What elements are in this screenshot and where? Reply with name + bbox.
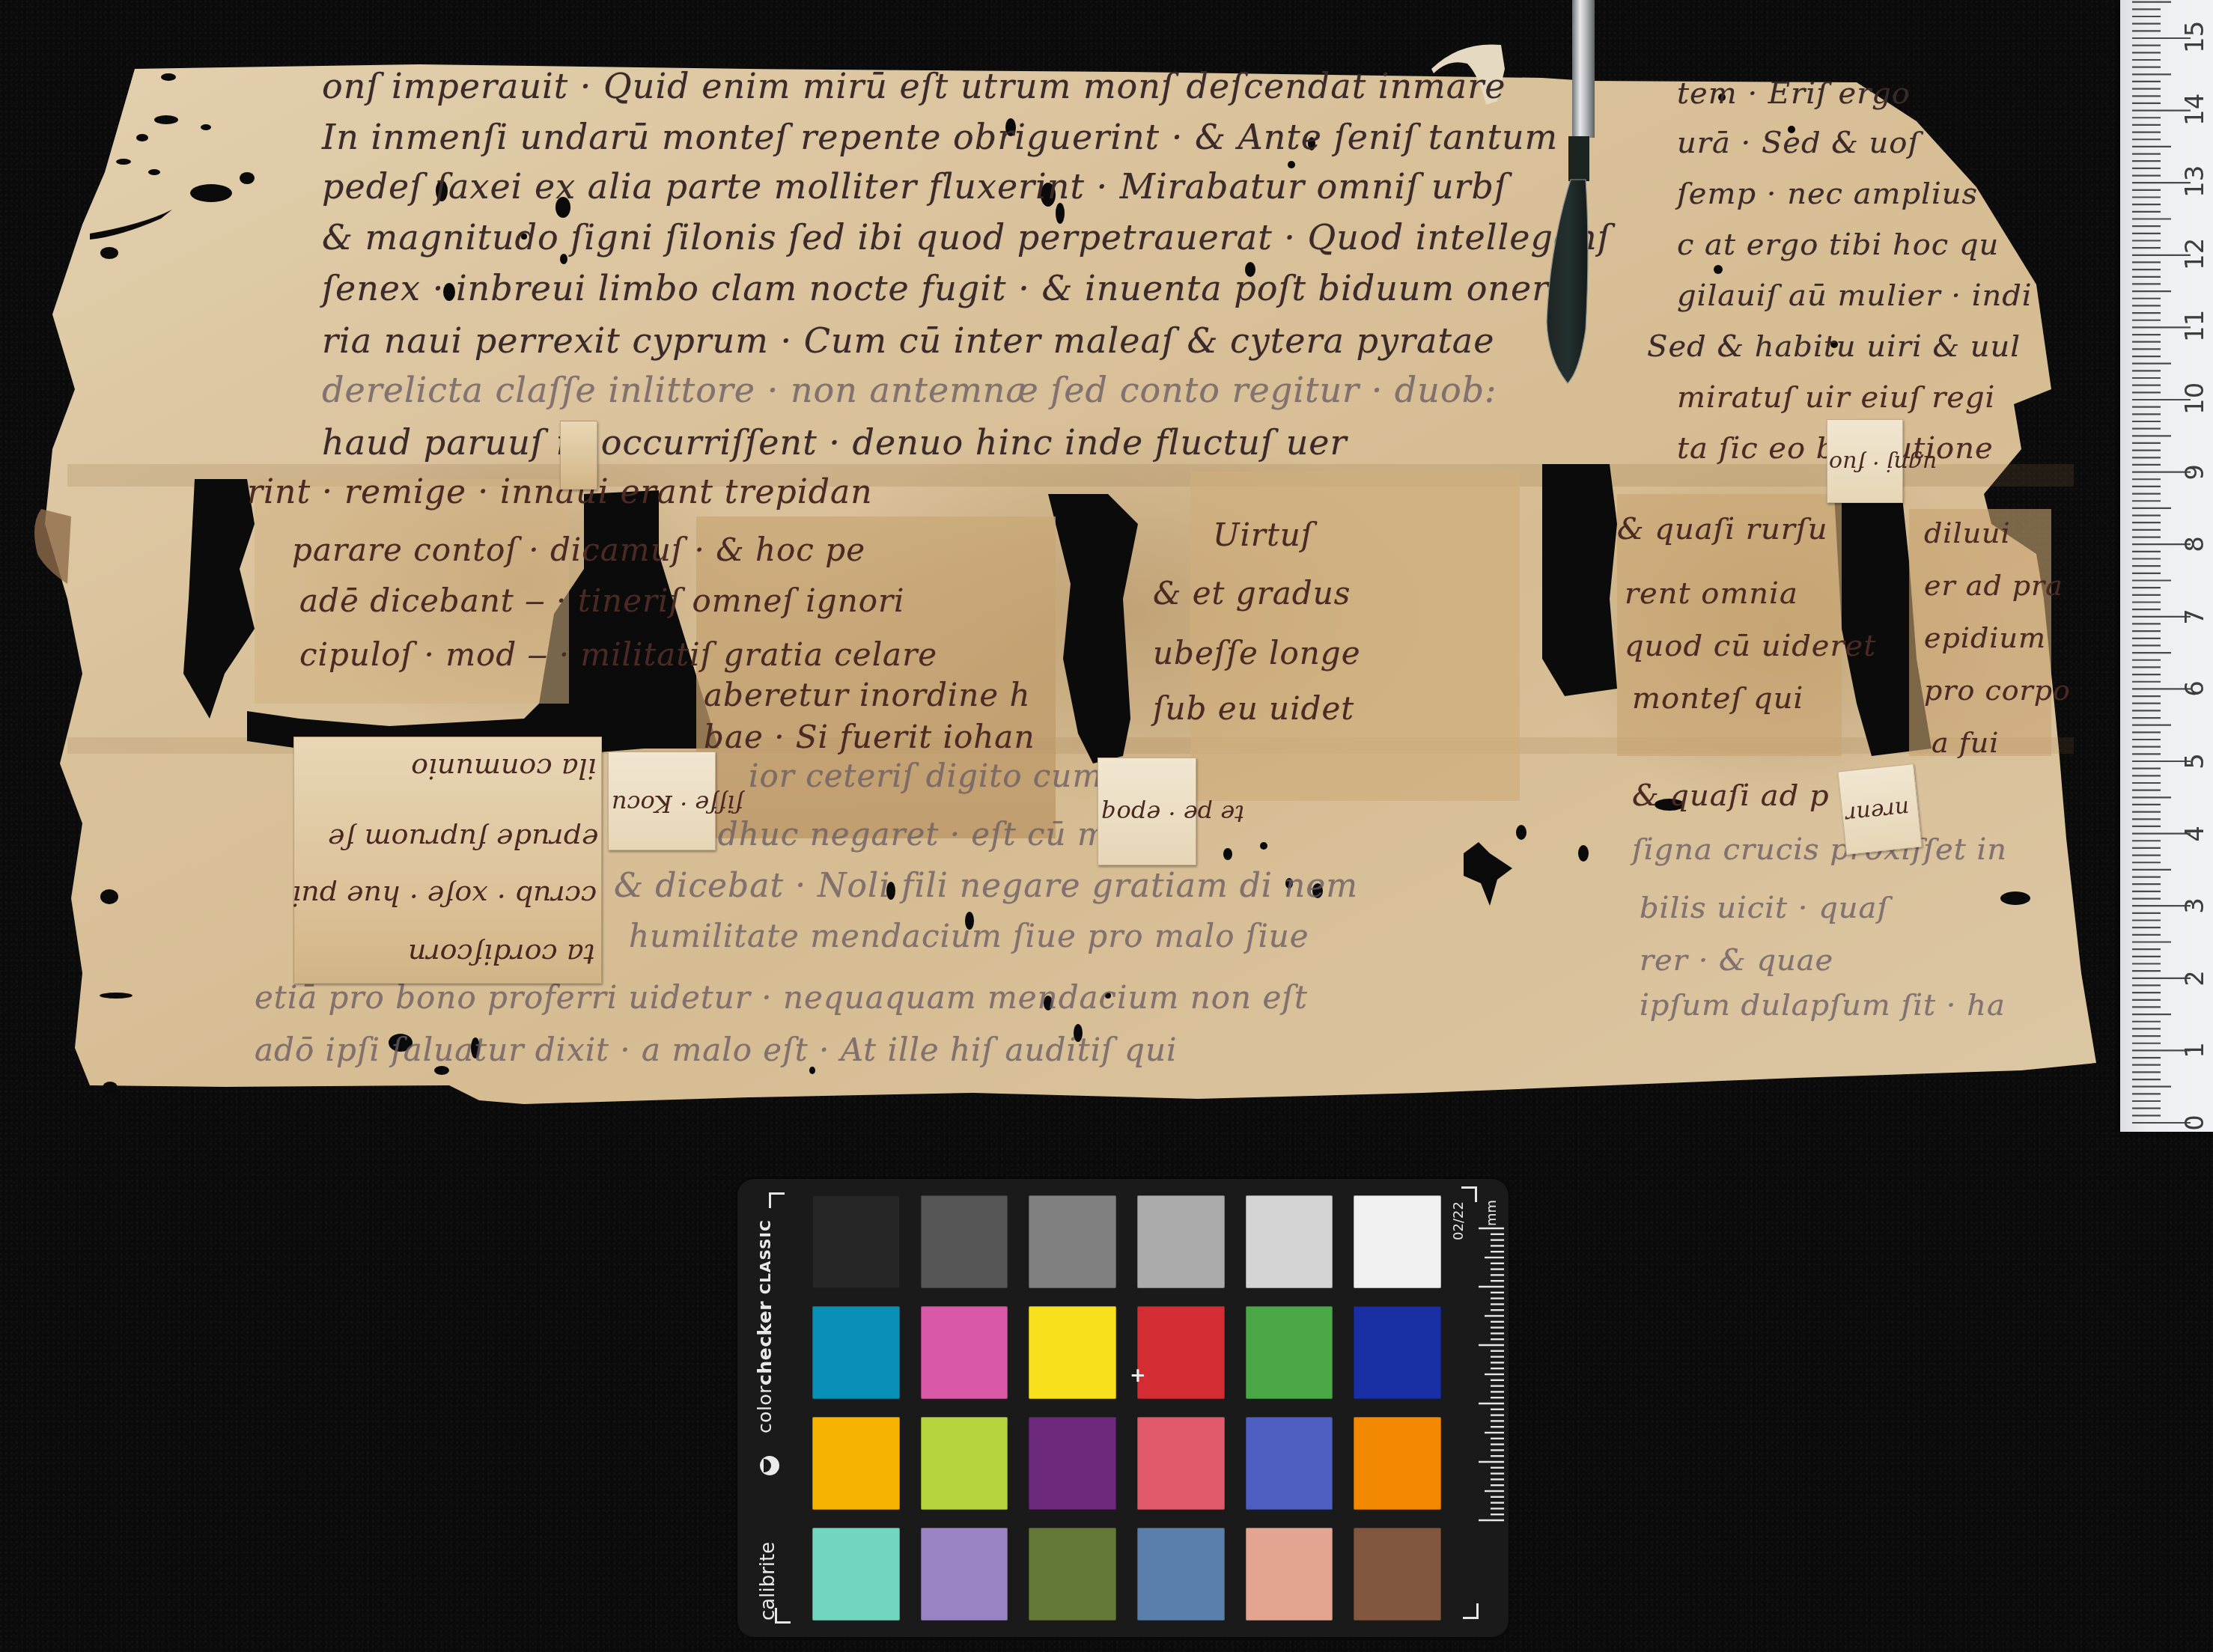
swatch-bluish-green <box>812 1528 900 1621</box>
small-patch-text-4: nrenr <box>1845 795 1911 828</box>
small-patch-text-3: ugnj · ſuo <box>1829 450 1937 476</box>
small-repair-patch-2: te pe · epoq <box>1098 758 1196 865</box>
swatch-grid <box>812 1195 1441 1621</box>
right-line-3: ſemp · nec amplius <box>1677 177 1978 211</box>
swatch-orange-yellow <box>812 1417 900 1510</box>
right-inner-line-2: er ad pra <box>1924 569 2063 602</box>
ruler-label-6: 6 <box>2180 674 2210 704</box>
upper-tab-patch <box>560 421 597 490</box>
swatch-neutral-6.5 <box>1137 1195 1225 1288</box>
lower-line-3: & dicebat · Noli fili negare gratiam di … <box>614 867 1358 905</box>
lower-line-5: etiā pro bono proferri uidetur · nequaqu… <box>255 979 1308 1016</box>
swatch-moderate-red <box>1137 1417 1225 1510</box>
spatula-tool <box>1527 0 1662 734</box>
corner-mark <box>1463 1603 1479 1619</box>
swatch-light-skin <box>1246 1528 1333 1621</box>
right-line-11: quod cū uideret <box>1625 629 1876 663</box>
swatch-purple <box>1029 1417 1116 1510</box>
ruler-label-11: 11 <box>2180 312 2210 342</box>
swatch-foliage <box>1029 1528 1116 1621</box>
swatch-purplish-blue <box>1246 1417 1333 1510</box>
swatch-white <box>1354 1195 1441 1288</box>
ruler-label-14: 14 <box>2180 96 2210 126</box>
left-patch-line-3: eprude ſupruom ſe <box>328 823 598 856</box>
swatch-blue <box>1354 1306 1441 1399</box>
text-line-1: onſ imperauit · Quid enim mirū eſt utrum… <box>322 66 1506 106</box>
swatch-blue-flower <box>921 1528 1008 1621</box>
scale-unit-label: mm <box>1484 1200 1500 1226</box>
spatula-blade <box>1547 180 1588 383</box>
swatch-green <box>1246 1306 1333 1399</box>
ruler-label-8: 8 <box>2180 529 2210 559</box>
ruler-label-12: 12 <box>2180 240 2210 270</box>
middle-line-4: cipuloſ · mod ‒ · militatiſ gratia celar… <box>299 636 937 673</box>
swatch-blue-sky <box>1137 1528 1225 1621</box>
right-line-4: c at ergo tibi hoc qu <box>1677 228 1999 262</box>
right-inner-line-5: a fui <box>1932 726 1999 759</box>
brand-light-text: color <box>754 1386 776 1433</box>
middle-line-3: adē dicebant ‒ · tineriſ omneſ ignori <box>299 582 905 619</box>
center-patch-line-3: ubeſſe longe <box>1153 635 1361 671</box>
small-patch-text-1: ſiſſe · Kocu <box>612 790 743 818</box>
center-patch-line-2: & et gradus <box>1153 575 1351 612</box>
middle-line-5: aberetur inordine h <box>704 677 1031 713</box>
right-line-13: & quaſi ad p <box>1632 778 1830 813</box>
colorchecker-card: colorchecker CLASSIC calibrite + 02/22 m… <box>737 1179 1509 1637</box>
center-patch-line-1: Uirtuſ <box>1213 516 1313 553</box>
right-inner-line-3: epidium <box>1924 621 2046 654</box>
right-inner-line-1: diluui <box>1924 516 2011 549</box>
swatch-neutral-3.5 <box>921 1195 1008 1288</box>
lower-line-4: humilitate mendacium ſiue pro malo ſiue <box>629 918 1309 954</box>
left-repair-patch: ta cordiſcorn ccrub · xoſe · hue pui epr… <box>293 737 602 984</box>
model-label: CLASSIC <box>756 1219 774 1294</box>
lower-line-6: adō ipſi ſaluatur dixit · a malo eſt · A… <box>255 1031 1177 1068</box>
ruler-label-2: 2 <box>2180 963 2210 993</box>
crosshair-icon: + <box>1130 1365 1146 1387</box>
swatch-orange <box>1354 1417 1441 1510</box>
swatch-yellow-green <box>921 1417 1008 1510</box>
right-line-14: ſigna crucis proxiſſet in <box>1632 832 2007 867</box>
right-line-15: bilis uicit · quaſ <box>1640 891 1889 925</box>
middle-line-6: bae · Si fuerit iohan <box>704 719 1035 755</box>
small-repair-patch-3: ugnj · ſuo <box>1827 419 1903 503</box>
right-line-6: Sed & habitu uiri & uul <box>1647 329 2021 364</box>
right-line-16: rer · & quae <box>1640 943 1833 978</box>
text-line-5: ſenex · inbreui limbo clam nocte fugit ·… <box>322 268 1571 308</box>
mm-scale <box>1474 1225 1504 1525</box>
corner-mark <box>1461 1186 1477 1202</box>
swatch-black <box>812 1195 900 1288</box>
ruler-label-15: 15 <box>2180 23 2210 53</box>
swatch-cyan <box>812 1306 900 1399</box>
small-repair-patch-4: nrenr <box>1837 763 1922 855</box>
right-line-1: tem · Eriſ ergo <box>1677 76 1911 111</box>
corner-mark <box>769 1192 785 1208</box>
ruler-label-9: 9 <box>2180 457 2210 487</box>
left-patch-line-1: ta cordiſcorn <box>408 938 595 971</box>
middle-line-2: parare contoſ · dicamuſ · & hoc pe <box>292 531 865 568</box>
left-patch-line-2: ccrub · xoſe · hue pui <box>292 880 597 912</box>
ruler-label-10: 10 <box>2180 385 2210 415</box>
swatch-magenta <box>921 1306 1008 1399</box>
ruler-label-5: 5 <box>2180 746 2210 776</box>
spatula-handle <box>1572 0 1595 138</box>
ruler-label-7: 7 <box>2180 602 2210 632</box>
cm-ruler: 0123456789101112131415 <box>2120 0 2213 1132</box>
text-line-6: ria naui perrexit cyprum · Cum cū inter … <box>322 320 1495 361</box>
maker-label: calibrite <box>757 1471 779 1621</box>
ruler-label-13: 13 <box>2180 168 2210 198</box>
text-line-3: pedeſ ſaxei ex alia parte molliter fluxe… <box>322 166 1508 207</box>
text-line-7: derelicta claſſe inlittore · non antemnæ… <box>322 370 1497 410</box>
text-line-2: In inmenſi undarū monteſ repente obrigue… <box>322 117 1558 157</box>
right-inner-line-4: pro corpo <box>1924 674 2071 707</box>
right-line-5: gilauiſ aū mulier · indi <box>1677 278 2033 313</box>
swatch-dark-skin <box>1354 1528 1441 1621</box>
brand-bold-text: checker <box>754 1301 776 1386</box>
right-line-7: miratuſ uir eiuſ regi <box>1677 380 1995 415</box>
ruler-label-1: 1 <box>2180 1035 2210 1065</box>
swatch-neutral-5 <box>1029 1195 1116 1288</box>
small-repair-patch-1: ſiſſe · Kocu <box>608 752 716 850</box>
text-line-4: & magnitudo ſigni ſilonis ſed ibi quod p… <box>322 217 1611 257</box>
date-code: 02/22 <box>1451 1201 1467 1240</box>
small-patch-text-2: te pe · epoq <box>1101 799 1244 828</box>
ruler-label-0: 0 <box>2180 1108 2210 1138</box>
ruler-label-4: 4 <box>2180 819 2210 849</box>
swatch-yellow <box>1029 1306 1116 1399</box>
colorchecker-brand-label: colorchecker CLASSIC <box>754 1209 784 1433</box>
center-patch-line-4: ſub eu uidet <box>1153 690 1354 727</box>
swatch-neutral-8 <box>1246 1195 1333 1288</box>
left-patch-line-4: ila conmunio <box>411 752 597 785</box>
swatch-red <box>1137 1306 1225 1399</box>
ruler-label-3: 3 <box>2180 891 2210 921</box>
text-line-8: haud paruuſ m occurriſſent · denuo hinc … <box>322 422 1347 463</box>
right-line-17: ipſum dulapſum ſit · ha <box>1640 988 2006 1022</box>
right-line-2: urā · Sed & uoſ <box>1677 126 1920 160</box>
manuscript-fragment: onſ imperauit · Quid enim mirū eſt utrum… <box>0 0 2213 1138</box>
